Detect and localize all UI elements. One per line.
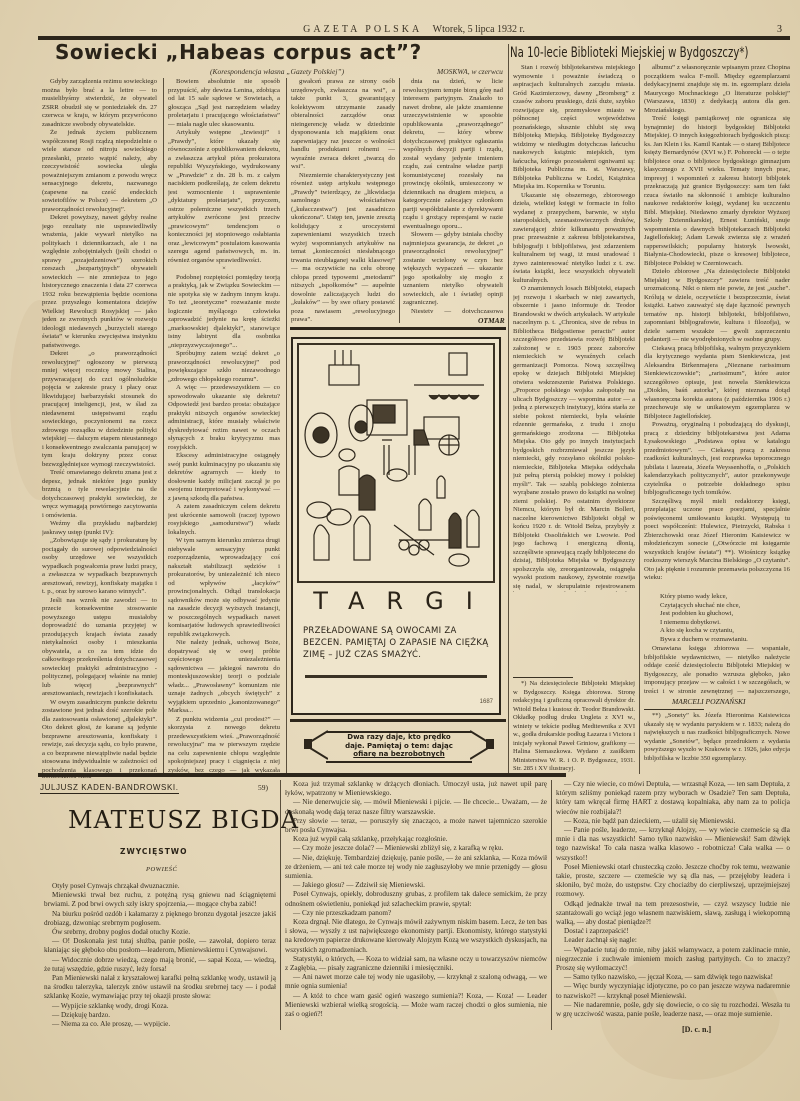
paragraph: Bowiem absolutnie nie sposób przypuścić,…	[168, 78, 280, 129]
paragraph: Słowem — gdyby istniała choćby najmniejs…	[403, 231, 503, 308]
column-divider	[551, 780, 552, 1030]
column-divider	[639, 64, 640, 774]
paragraph: Dekret „o praworządności rewolucyjnej” o…	[42, 350, 157, 469]
paragraph: — Nie nadaremnie, pośle, gdy się dowieci…	[556, 1001, 790, 1019]
paragraph: Spróbujmy zatem wziąć dekret „o praworzą…	[168, 350, 280, 384]
novel-column-1: Otyły poseł Cynwajs chrząkał dwuznacznie…	[44, 882, 276, 1027]
paragraph: Treść omawianego dekretu znana jest z de…	[42, 469, 157, 520]
banner-end-right	[486, 739, 494, 749]
charity-banner: Dwa razy daje, kto prędko daje. Pamiętaj…	[304, 730, 494, 760]
footnote-2: **) „Sonety” ks. Józefa Hieronima Kaisie…	[644, 712, 790, 772]
paragraph: Gdyby zarządzenia reżimu sowieckiego moż…	[42, 78, 157, 129]
novel-title: MATEUSZ BIGDA	[68, 806, 308, 834]
poem: Który pismo wady lekce, Czytających słuc…	[660, 593, 790, 645]
paragraph: — Nie denerwujcie się, — mówił Mieniewsk…	[285, 798, 547, 816]
paragraph: O znamiennych losach Bibljoteki, etapach…	[513, 285, 635, 592]
paragraph: Nie należy jednak, uchowaj Boże, dopatry…	[168, 639, 280, 716]
paragraph: Szczęśliwą myśl mieli redaktorzy księgi,…	[644, 498, 790, 583]
poem-line: Bywa z duchem w rozmawianiu.	[660, 636, 790, 645]
footnote-text: *) Na dziesięciolecie Bibljoteki Miejski…	[513, 680, 635, 774]
paragraph: Niestety — dotychczasowa praktyka nadzie…	[403, 308, 503, 314]
column-divider	[399, 78, 400, 323]
paragraph: Weźmy dla przykładu najbardziej jaskrawy…	[42, 520, 157, 537]
column-divider	[508, 44, 509, 774]
paragraph: Ekscesy administracyjne osiągnęły swój p…	[168, 452, 280, 503]
paragraph: — Wpadacie tutaj do mnie, niby jakiś wła…	[556, 946, 790, 974]
novel-kind: POWIEŚĆ	[146, 866, 177, 873]
column-divider	[286, 78, 287, 773]
ad-bar	[305, 675, 487, 678]
paragraph: Jeśli nas wzrok nie zawodzi — to przecie…	[42, 597, 157, 699]
paragraph: Z punktu widzenia „cui prodest?” — skorz…	[168, 716, 280, 774]
signature-otmar: OTMAR	[478, 316, 505, 325]
issue-date: Wtorek, 5 lipca 1932 r.	[433, 24, 525, 35]
library-column-1: Stan i rozwój bibljotekarstwa miejskiego…	[513, 64, 635, 592]
paragraph: Dekret powyższy, nawet gdyby realne jego…	[42, 214, 157, 350]
ad-body: PRZEŁADOWANE SĄ OWOCAMI ZA BEZCEN. PAMIĘ…	[303, 625, 493, 661]
paragraph: Przy słowie — teraz, — poruszyły się zna…	[285, 817, 547, 835]
novel-column-3: — Czy nie wiecie, co mówi Deptuła, — wrz…	[556, 780, 790, 1025]
soviet-column-1: Gdyby zarządzenia reżimu sowieckiego moż…	[42, 78, 157, 778]
paragraph: Dostać i zaprzepaścić!	[556, 927, 790, 936]
column-divider	[280, 780, 281, 1030]
paragraph: — Czy może jeszcze dolać? — Mieniewski z…	[285, 844, 547, 853]
soviet-column-4: dnia na dzień, w licie rewolucyjnem temp…	[403, 78, 503, 313]
ad-number: 1687	[480, 699, 493, 705]
paragraph: — O! Doskonała jest tutaj służba, panie …	[44, 937, 276, 955]
page-number: 3	[777, 24, 782, 35]
episode-number: 59)	[258, 783, 268, 792]
paper-name: GAZETA POLSKA	[303, 24, 421, 35]
paragraph: — Jakiego głosu? — Zdziwił się Mieniewsk…	[285, 881, 547, 890]
novel-author: JULJUSZ KADEN-BANDROWSKI.	[40, 783, 179, 794]
quote: „Zobowiązuje się sądy i prokuraturę by p…	[42, 537, 157, 597]
soviet-column-2: Bowiem absolutnie nie sposób przypuścić,…	[168, 78, 280, 773]
paragraph: — Czy nie wiecie, co mówi Deptuła, — wrz…	[556, 780, 790, 817]
library-conclusion: Omawiana księga zbiorowa — wspaniałe, bi…	[644, 645, 790, 695]
paragraph: Koza już trzymał szklankę w drżących dło…	[285, 780, 547, 798]
correspondence-byline: (Korespondencja własna „Gazety Polskiej”…	[210, 67, 344, 76]
paragraph: — Koza, nie bądź pan dzieckiem, — użalił…	[556, 817, 790, 826]
paragraph: — Niema za co. Ale proszę, — wypijcie.	[44, 1020, 276, 1027]
paragraph: — Więc burdy wyczyniając idjotyczne, po …	[556, 982, 790, 1000]
paragraph: — Samo tylko nazwisko, — jęczał Koza, — …	[556, 973, 790, 982]
poem-line: I niememu dobytkowi.	[660, 619, 790, 628]
paragraph: Pan Mieniewski nalał z kryształowej kara…	[44, 974, 276, 1002]
paragraph: — A któż to chce wam gasić ogień waszego…	[285, 992, 547, 1020]
paragraph: — Dziękuję bardzo.	[44, 1011, 276, 1020]
paragraph: Ciekawą pracą bibljofilską, walnym przyc…	[644, 345, 790, 422]
serial-rule	[38, 773, 566, 777]
market-illustration	[299, 345, 487, 575]
paragraph: — Ani nawet morze całe tej wody nie ugas…	[285, 973, 547, 991]
paragraph: Artykuły wstępne „Izwiestji” i „Prawdy”,…	[168, 129, 280, 265]
paragraph: Że jednak życiem publicznem współczesnej…	[42, 129, 157, 214]
paragraph: Stan i rozwój bibljotekarstwa miejskiego…	[513, 64, 635, 192]
paragraph: — Nie, dziękuję. Tembardziej dziękuję, p…	[285, 854, 547, 882]
column-divider	[163, 78, 164, 773]
section-rule	[290, 719, 506, 722]
poem-line: Czytających słuchać nie chce,	[660, 602, 790, 611]
soviet-column-3: gwałceń prawa ze strony osób urzędowych,…	[291, 78, 395, 323]
novel-column-2: Koza już trzymał szklankę w drżących dło…	[285, 780, 547, 1030]
paragraph: A zatem zasadniczym celem dekretu jest u…	[168, 503, 280, 537]
paragraph: — Czy nie przeszkadzam panom?	[285, 909, 547, 918]
section-mark: ×	[168, 265, 280, 274]
paragraph: Omawiana księga zbiorowa — wspaniałe, bi…	[644, 645, 790, 695]
section-rule	[290, 327, 506, 330]
paragraph: — Wypijcie szklankę wody, drogi Koza.	[44, 1002, 276, 1011]
paragraph: Ukazanie się obszernego, zbiorowego dzie…	[513, 192, 635, 286]
illustration-frame	[297, 343, 495, 583]
paragraph: Dzieło zbiorowe „Na dziesięciolecie Bibl…	[644, 268, 790, 345]
paragraph: albumu” z własnoręcznie wpisanym przez C…	[644, 64, 790, 115]
footnote-text: **) „Sonety” ks. Józefa Hieronima Kaisie…	[644, 712, 790, 763]
banner-text: Dwa razy daje, kto prędko daje. Pamiętaj…	[326, 731, 472, 763]
banner-line: daje. Pamiętaj o tem: dając	[326, 742, 472, 751]
paragraph: Niezmiernie charakterystyczny jest równi…	[291, 172, 395, 324]
poem-line: Który pismo wady lekce,	[660, 593, 790, 602]
paragraph: Treść księgi pamiątkowej nie ogranicza s…	[644, 115, 790, 268]
paragraph: W owym zasadniczym punkcie dekretu zosta…	[42, 699, 157, 779]
paragraph: — Panie pośle, leaderze, — krzyknął Aloj…	[556, 826, 790, 863]
dateline: MOSKWA, w czerwcu	[437, 67, 503, 76]
paragraph: W tym samym kierunku zmierza drugi nieby…	[168, 537, 280, 639]
paragraph: Otyły poseł Cynwajs chrząkał dwuznacznie…	[44, 882, 276, 891]
library-column-2: albumu” z własnoręcznie wpisanym przez C…	[644, 64, 790, 588]
paragraph: gwałceń prawa ze strony osób urzędowych,…	[291, 78, 395, 172]
paragraph: Koza już wypił całą szklankę, przełykają…	[285, 835, 547, 844]
paragraph: Poważną, oryginalną i pobudzającą do dys…	[644, 421, 790, 498]
paragraph: Mieniewski trwał bez ruchu, z potężną ry…	[44, 891, 276, 909]
banner-line: Dwa razy daje, kto prędko	[326, 733, 472, 742]
paragraph: Poseł Cynwajs, opiekły, dobroduszny grub…	[285, 890, 547, 908]
footnote-1: *) Na dziesięciolecie Bibljoteki Miejski…	[513, 680, 635, 775]
newspaper-page: GAZETA POLSKA Wtorek, 5 lipca 1932 r. 3 …	[0, 0, 800, 1101]
continuation-mark: [D. c. n.]	[682, 1025, 711, 1034]
footnote-rule	[513, 677, 573, 678]
paragraph: Podobnej rozpiętości pomiędzy teorją a p…	[168, 274, 280, 351]
paragraph: Leader żachnął się nagle:	[556, 936, 790, 945]
headline-soviet: Sowiecki „Habeas corpus act”?	[55, 40, 495, 64]
footnote-rule	[644, 709, 704, 710]
paragraph: Koza drgnął. Nie dlatego, że Cynwajs mów…	[285, 918, 547, 955]
paragraph: Statystyki, o których, — Koza to widział…	[285, 955, 547, 973]
advertisement-targi: TARGI PRZEŁADOWANE SĄ OWOCAMI ZA BEZCEN.…	[291, 337, 501, 715]
paragraph: Ów srebrny, drobny pogłos dodał otuchy K…	[44, 928, 276, 937]
banner-line: ofiarę na bezrobotnych	[326, 750, 472, 759]
paragraph: dnia na dzień, w licie rewolucyjnem temp…	[403, 78, 503, 231]
headline-library: Na 10-lecie Biblioteki Miejskiej w Bydgo…	[510, 45, 728, 61]
ad-title: TARGI	[293, 587, 499, 615]
poem-line: Jest podobien ku głuchowi,	[660, 610, 790, 619]
poem-line: A kto się kocha w czytaniu,	[660, 627, 790, 636]
paragraph: Na biurku pośród ozdób i kałamarzy z pię…	[44, 910, 276, 928]
paragraph: — Widocznie dobrze wiedzą, czego mają br…	[44, 956, 276, 974]
paragraph: Odkąd jednakże trwał na tem prezesostwie…	[556, 900, 790, 928]
paragraph: Poseł Mieniewski otarł chusteczką czoło.…	[556, 863, 790, 900]
novel-subtitle: ZWYCIĘSTWO	[120, 847, 187, 856]
signature-poznanski: MARCELI POZNAŃSKI	[672, 697, 746, 706]
paragraph: A więc — przedewszystkiem — co spowodowa…	[168, 384, 280, 452]
